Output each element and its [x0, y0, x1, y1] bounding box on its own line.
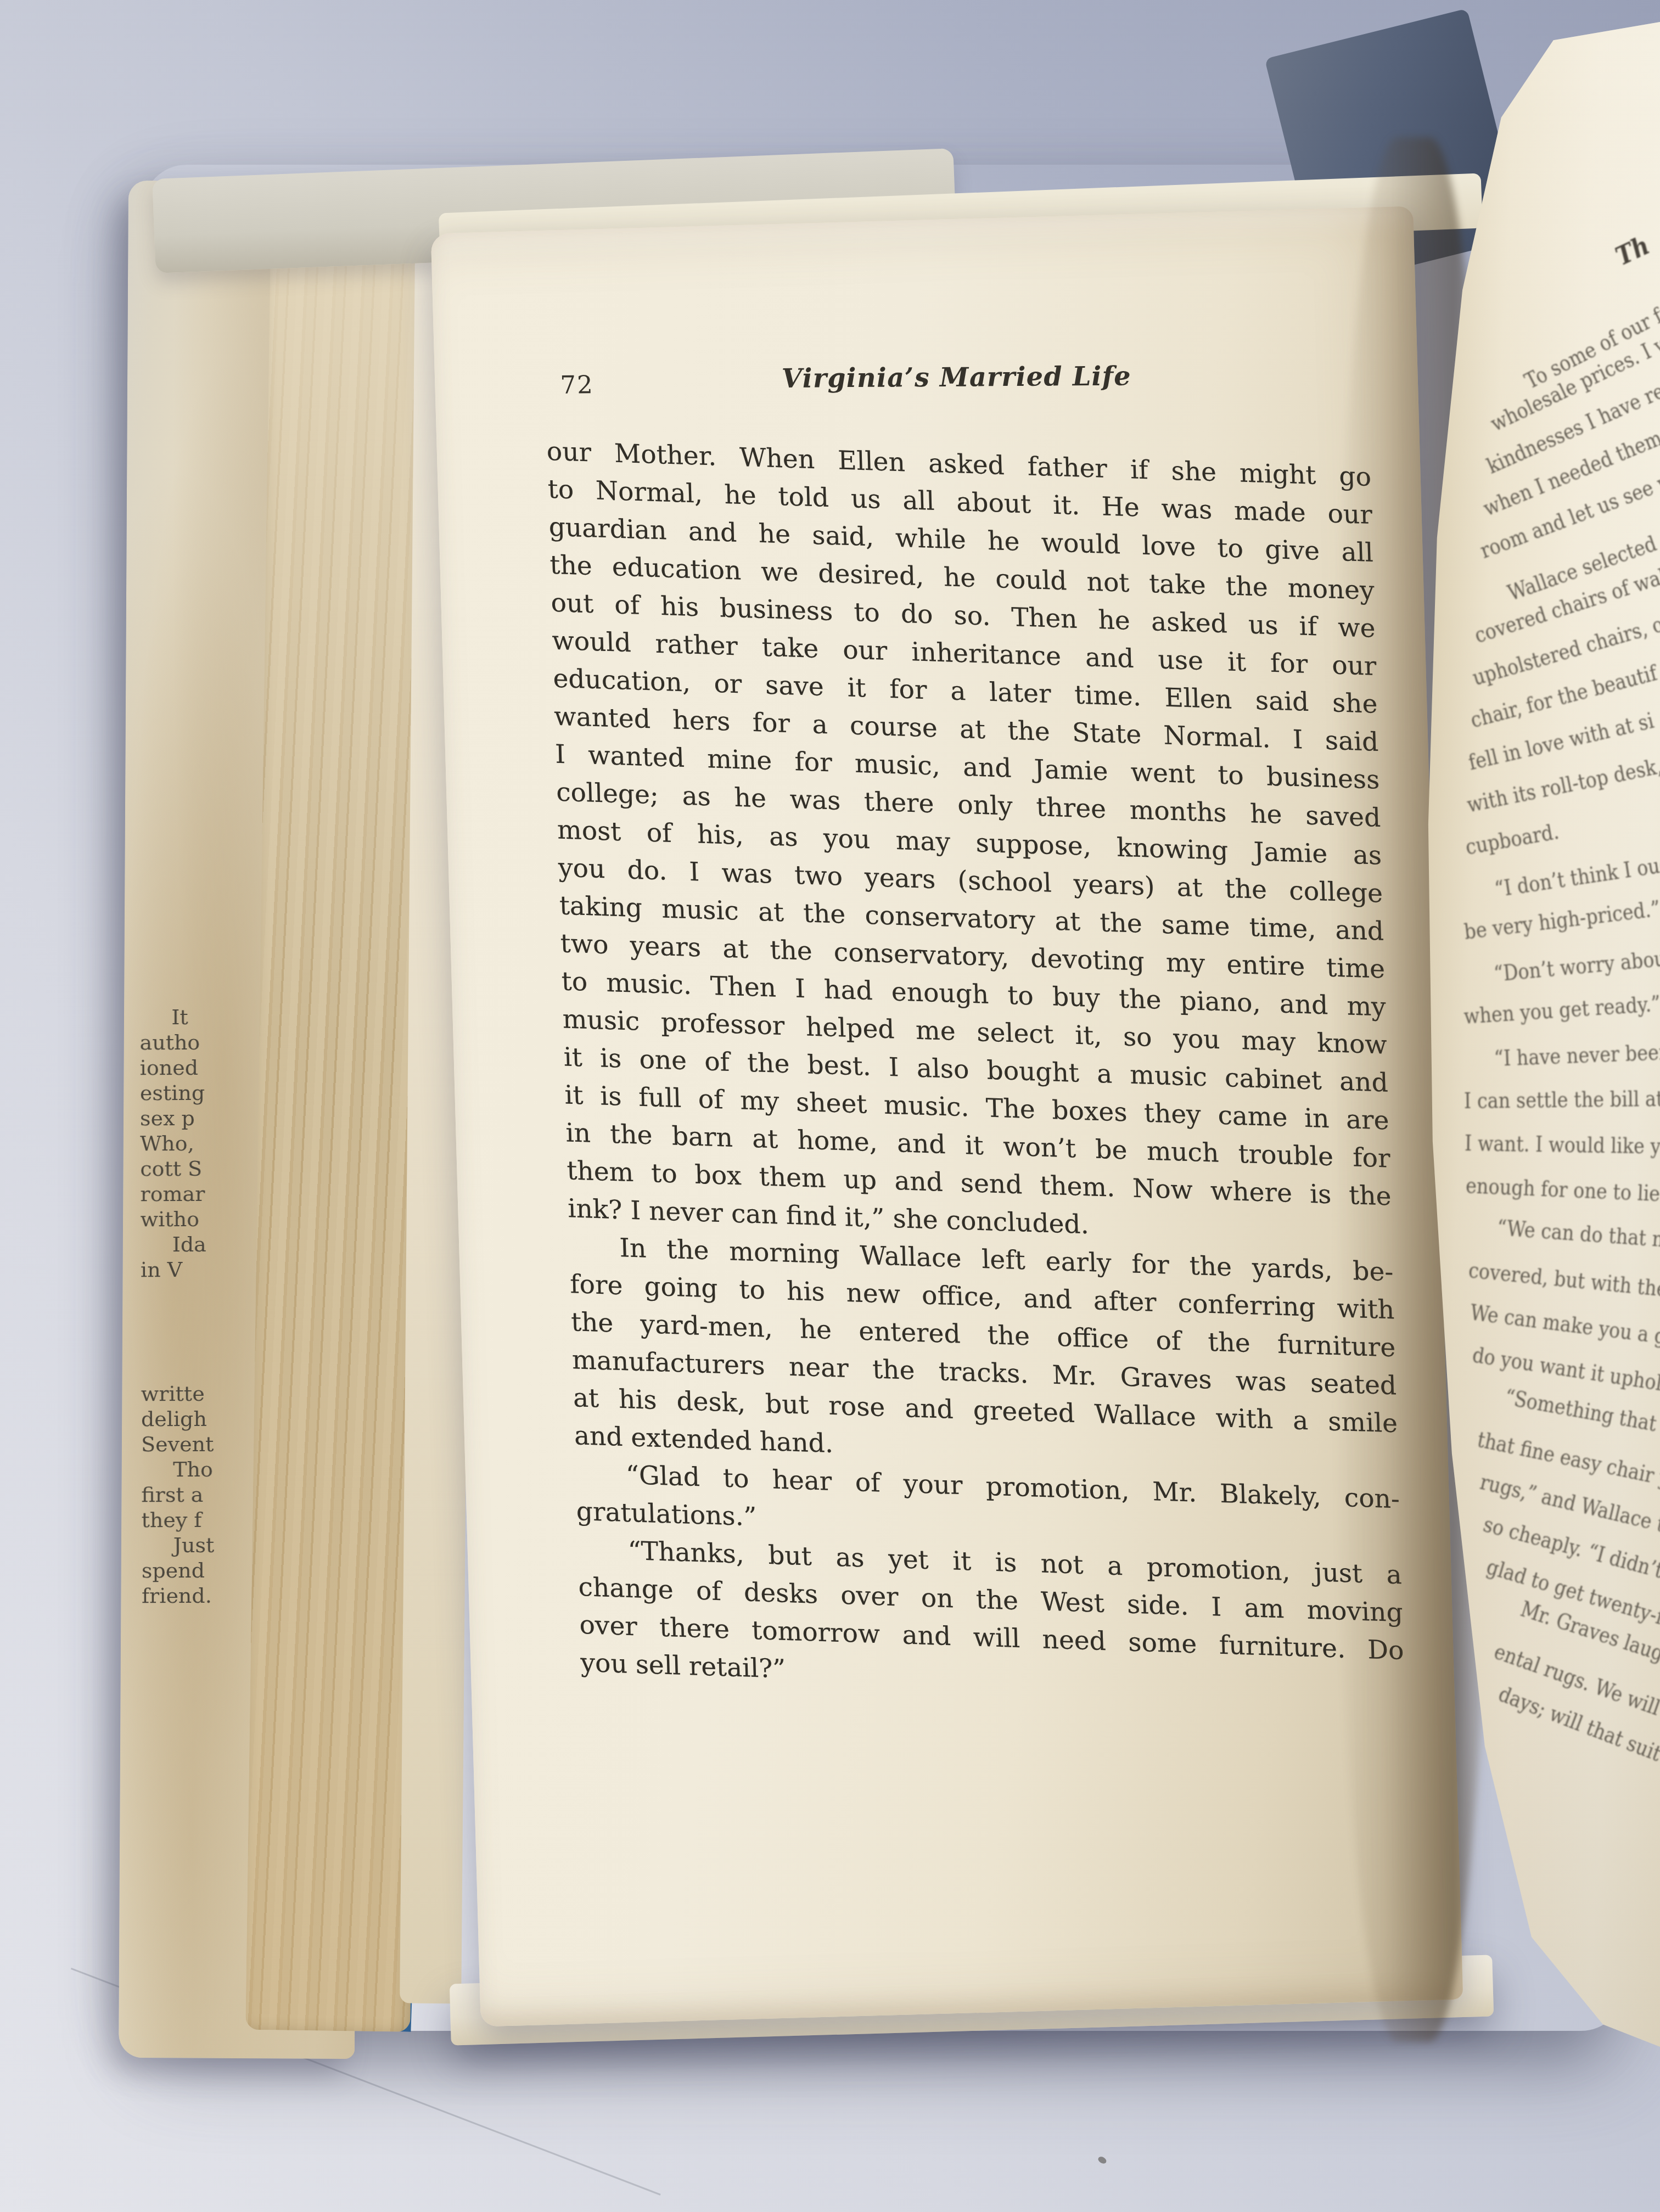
right-running-header-fragment: Th	[1611, 231, 1654, 272]
right-page-text-line: when you get ready.”	[1463, 992, 1660, 1029]
right-page-text-line: do you want it upholste	[1471, 1343, 1660, 1400]
running-header: Virginia’s Married Life	[544, 359, 1369, 395]
right-page-text-line: “Something that wi	[1503, 1385, 1660, 1441]
page-number: 72	[560, 370, 595, 399]
right-page-text-line: covered, but with the b	[1467, 1258, 1660, 1304]
left-page: 72 Virginia’s Married Life our Mother. W…	[431, 206, 1463, 2027]
page-header: 72 Virginia’s Married Life	[544, 359, 1369, 408]
right-page-text-line: enough for one to lie o	[1465, 1174, 1660, 1207]
right-page-text-line: I want. I would like yo	[1465, 1131, 1660, 1159]
right-page-text-line: “We can do that nice	[1496, 1216, 1660, 1254]
right-page-text-line: I can settle the bill at o	[1464, 1087, 1660, 1114]
open-book-photo: Itauthoionedestingsex pWho,cott Sromarwi…	[0, 0, 1660, 2212]
right-page-text-line: “I don’t think I ough	[1493, 850, 1660, 902]
right-page-text-line: be very high-priced.”	[1463, 896, 1660, 945]
right-page-text-line: “I have never been i	[1494, 1040, 1660, 1071]
right-page-text-line: cupboard.	[1464, 819, 1561, 860]
right-page-text-line: We can make you a goo	[1469, 1300, 1660, 1352]
page-body-text: our Mother. When Ellen asked father if s…	[546, 433, 1405, 1708]
right-page-text-line: “Don’t worry about	[1493, 946, 1660, 987]
